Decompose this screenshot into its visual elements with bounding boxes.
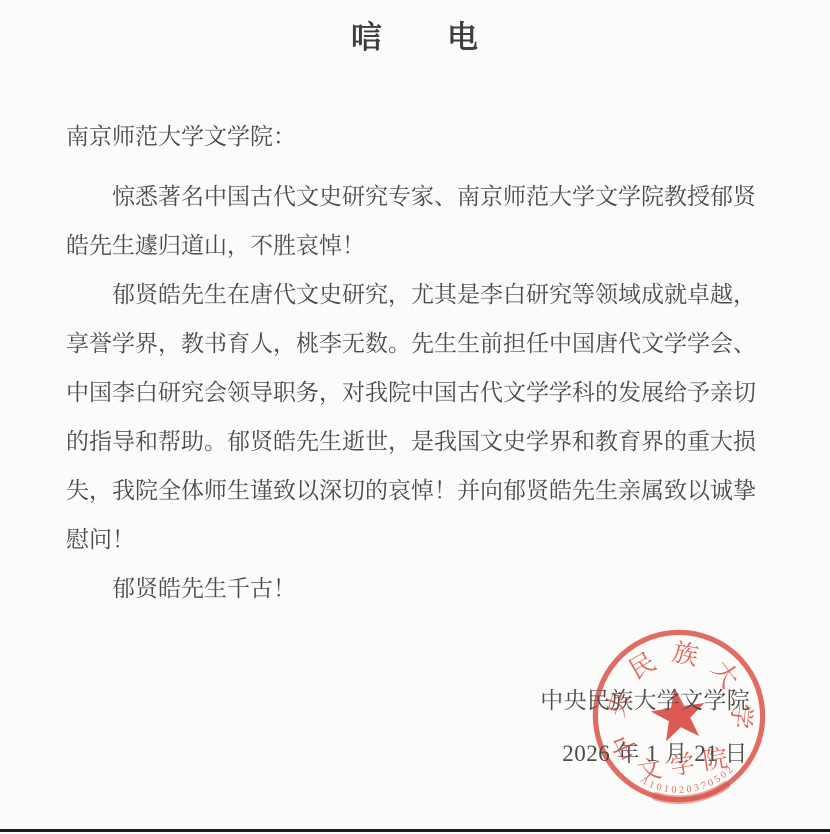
letter-page: 唁 电 南京师范大学文学院： 惊悉著名中国古代文史研究专家、南京师范大学文学院教… (0, 0, 830, 834)
official-seal: 中央民族大学 文学院 1101020370502 (570, 607, 787, 824)
scan-edge-line (0, 829, 830, 832)
letter-title: 唁 电 (0, 12, 830, 57)
tribute-line: 郁贤皓先生千古！ (66, 564, 766, 613)
letter-body: 南京师范大学文学院： 惊悉著名中国古代文史研究专家、南京师范大学文学院教授郁贤皓… (66, 112, 766, 613)
date-line: 2026 年 1 月 21 日 (562, 735, 748, 768)
official-seal-graphic: 中央民族大学 文学院 1101020370502 (570, 607, 787, 824)
signature: 中央民族大学文学院 (540, 682, 750, 715)
paragraph-1: 惊悉著名中国古代文史研究专家、南京师范大学文学院教授郁贤皓先生遽归道山，不胜哀悼… (66, 172, 766, 270)
paragraph-2: 郁贤皓先生在唐代文史研究，尤其是李白研究等领域成就卓越，享誉学界，教书育人，桃李… (66, 270, 766, 564)
salutation: 南京师范大学文学院： (66, 112, 766, 161)
